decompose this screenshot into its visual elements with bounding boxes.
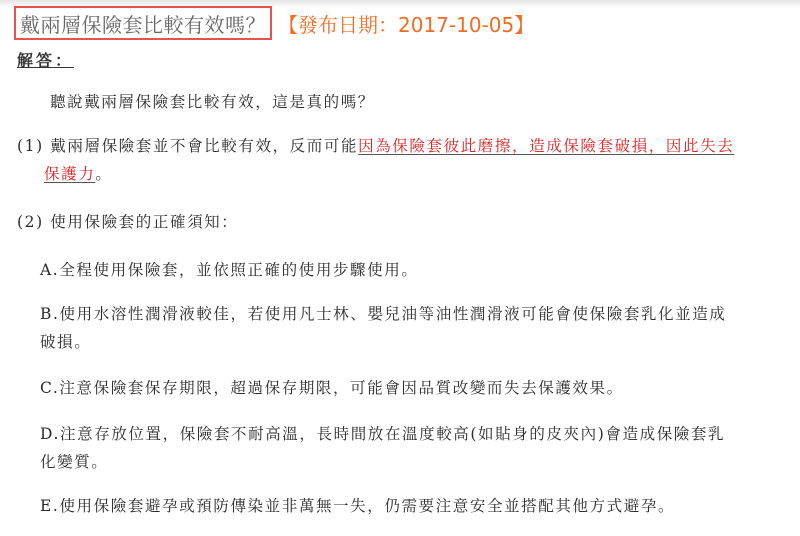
- tip-b-line-1: B.使用水溶性潤滑液較佳，若使用凡士林、嬰兒油等油性潤滑液可能會使保險套乳化並造…: [40, 298, 726, 330]
- tip-e: E.使用保險套避孕或預防傳染並非萬無一失，仍需要注意安全並搭配其他方式避孕。: [40, 490, 675, 522]
- tip-b-line-2: 破損。: [40, 326, 91, 358]
- tip-c: C.注意保險套保存期限，超過保存期限，可能會因品質改變而失去保護效果。: [40, 372, 624, 404]
- tip-d-line-1: D.注意存放位置，保險套不耐高溫，長時間放在溫度較高(如貼身的皮夾內)會造成保險…: [40, 418, 725, 450]
- point-1-suffix: 。: [95, 165, 112, 183]
- page-title: 戴兩層保險套比較有效嗎？: [20, 9, 266, 38]
- point-1-line-2: 保護力。: [44, 158, 112, 190]
- point-1-highlight-cont: 保護力: [44, 165, 95, 183]
- answer-label: 解答：: [17, 48, 74, 71]
- question-text: 聽說戴兩層保險套比較有效，這是真的嗎？: [50, 86, 375, 118]
- tip-d-line-2: 化變質。: [40, 446, 108, 478]
- title-highlight-box: 戴兩層保險套比較有效嗎？: [14, 6, 272, 40]
- publish-date: 【發布日期：2017-10-05】: [278, 9, 534, 38]
- point-1-line-1: (1) 戴兩層保險套並不會比較有效，反而可能因為保險套彼此磨擦，造成保險套破損，…: [17, 130, 734, 162]
- point-1-highlight: 因為保險套彼此磨擦，造成保險套破損，因此失去: [358, 137, 734, 155]
- title-row: 戴兩層保險套比較有效嗎？ 【發布日期：2017-10-05】: [14, 4, 534, 42]
- point-1-prefix: (1) 戴兩層保險套並不會比較有效，反而可能: [17, 137, 358, 155]
- point-2-heading: (2) 使用保險套的正確須知：: [17, 206, 238, 238]
- tip-a: A.全程使用保險套，並依照正確的使用步驟使用。: [40, 254, 418, 286]
